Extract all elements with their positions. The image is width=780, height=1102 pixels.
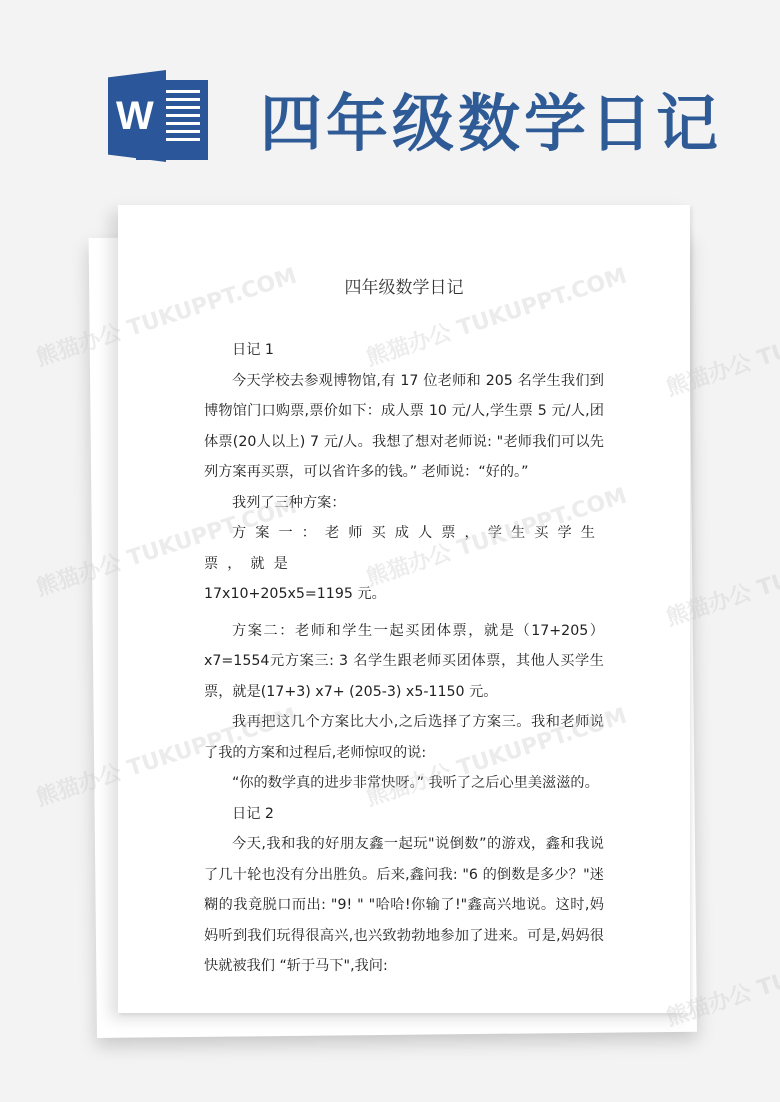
header: W 四年级数学日记	[0, 0, 780, 200]
paragraph: 我再把这几个方案比大小,之后选择了方案三。我和老师说了我的方案和过程后,老师惊叹…	[204, 707, 604, 768]
paragraph: 我列了三种方案：	[204, 488, 604, 519]
diary-heading-2: 日记 2	[204, 799, 604, 830]
paragraph: “你的数学真的进步非常快呀。” 我听了之后心里美滋滋的。	[204, 768, 604, 799]
paragraph: 方案一：老师买成人票，学生买学生票，就是	[204, 518, 604, 579]
paragraph: 今天学校去参观博物馆,有 17 位老师和 205 名学生我们到博物馆门口购票,票…	[204, 366, 604, 488]
document-title: 四年级数学日记	[118, 273, 690, 298]
banner-title: 四年级数学日记	[260, 74, 722, 163]
diary-heading-1: 日记 1	[204, 335, 604, 366]
document-page: 四年级数学日记 日记 1 今天学校去参观博物馆,有 17 位老师和 205 名学…	[118, 205, 690, 1013]
paragraph: 方案二：老师和学生一起买团体票，就是（17+205） x7=1554元方案三: …	[204, 616, 604, 708]
paragraph: 今天,我和我的好朋友鑫一起玩"说倒数”的游戏，鑫和我说了几十轮也没有分出胜负。后…	[204, 829, 604, 982]
paragraph: 17x10+205x5=1195 元。	[204, 579, 604, 610]
word-icon-letter: W	[116, 94, 152, 139]
word-icon: W	[108, 70, 208, 162]
document-body: 日记 1 今天学校去参观博物馆,有 17 位老师和 205 名学生我们到博物馆门…	[204, 335, 604, 982]
